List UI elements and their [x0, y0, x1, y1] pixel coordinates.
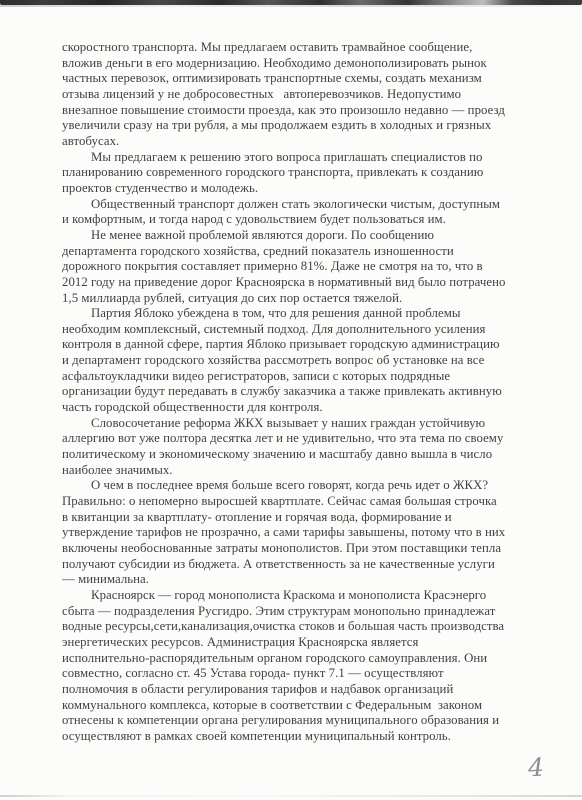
text-line: энергетических ресурсов. Администрация К…: [62, 635, 532, 651]
text-line: наиболее значимых.: [62, 463, 532, 479]
text-line: Красноярск — город монополиста Краскома …: [62, 588, 532, 604]
text-line: аллергию вот уже полтора десятка лет и н…: [62, 431, 532, 447]
text-line: водные ресурсы,сети,канализация,очистка …: [62, 619, 532, 635]
scan-edge-artifact-bottom: [0, 795, 582, 797]
text-line: Общественный транспорт должен стать экол…: [62, 197, 532, 213]
text-line: часть городской общественности для контр…: [62, 400, 532, 416]
text-line: исполнительно-распорядительным органом г…: [62, 651, 532, 667]
text-line: организации будут передавать в службу за…: [62, 384, 532, 400]
text-line: вложив деньги в его модернизацию. Необхо…: [62, 56, 532, 72]
text-line: 1,5 миллиарда рублей, ситуация до сих по…: [62, 291, 532, 307]
text-line: увеличили сразу на три рубля, а мы продо…: [62, 118, 532, 134]
text-line: — минимальна.: [62, 572, 532, 588]
text-line: коммунального комплекса, которые в соотв…: [62, 698, 532, 714]
text-line: Словосочетание реформа ЖКХ вызывает у на…: [62, 416, 532, 432]
text-line: в квитанции за квартплату- отопление и г…: [62, 510, 532, 526]
text-line: частных перевозок, оптимизировать трансп…: [62, 71, 532, 87]
scanned-page: скоростного транспорта. Мы предлагаем ос…: [0, 0, 582, 800]
text-line: Не менее важной проблемой являются дорог…: [62, 228, 532, 244]
text-line: контроля в данной сфере, партия Яблоко п…: [62, 337, 532, 353]
text-line: отзыва лицензий у не добросовестных авто…: [62, 87, 532, 103]
text-line: необходим комплексный, системный подход.…: [62, 322, 532, 338]
text-line: 2012 году на приведение дорог Красноярск…: [62, 275, 532, 291]
text-line: утверждение тарифов не прозрачно, а сами…: [62, 525, 532, 541]
text-line: планированию современного городского тра…: [62, 165, 532, 181]
text-line: дорожного покрытия составляет примерно 8…: [62, 259, 532, 275]
text-line: совместно, согласно ст. 45 Устава города…: [62, 666, 532, 682]
text-line: Мы предлагаем к решению этого вопроса пр…: [62, 150, 532, 166]
text-line: сбыта — подразделения Русгидро. Этим стр…: [62, 604, 532, 620]
text-line: скоростного транспорта. Мы предлагаем ос…: [62, 40, 532, 56]
text-line: внезапное повышение стоимости проезда, к…: [62, 103, 532, 119]
text-line: департамента городского хозяйства, средн…: [62, 244, 532, 260]
text-line: и комфортным, и тогда народ с удовольств…: [62, 212, 532, 228]
handwritten-page-number: 4: [527, 753, 544, 783]
text-line: асфальтоукладчики видео регистраторов, з…: [62, 369, 532, 385]
text-line: Правильно: о непомерно выросшей квартпла…: [62, 494, 532, 510]
text-line: автобусах.: [62, 134, 532, 150]
text-line: О чем в последнее время больше всего гов…: [62, 478, 532, 494]
text-line: политическому и экономическому значению …: [62, 447, 532, 463]
document-text-block: скоростного транспорта. Мы предлагаем ос…: [62, 40, 532, 745]
scan-edge-artifact-top: [0, 0, 582, 5]
text-line: и департамент городского хозяйства рассм…: [62, 353, 532, 369]
text-line: включены необоснованные затраты монополи…: [62, 541, 532, 557]
text-line: получают субсидии из бюджета. А ответств…: [62, 557, 532, 573]
text-line: Партия Яблоко убеждена в том, что для ре…: [62, 306, 532, 322]
text-line: проектов студенчество и молодежь.: [62, 181, 532, 197]
text-line: осуществляют в рамках своей компетенции …: [62, 729, 532, 745]
text-line: отнесены к компетенции органа регулирова…: [62, 713, 532, 729]
text-line: полномочия в области регулирования тариф…: [62, 682, 532, 698]
